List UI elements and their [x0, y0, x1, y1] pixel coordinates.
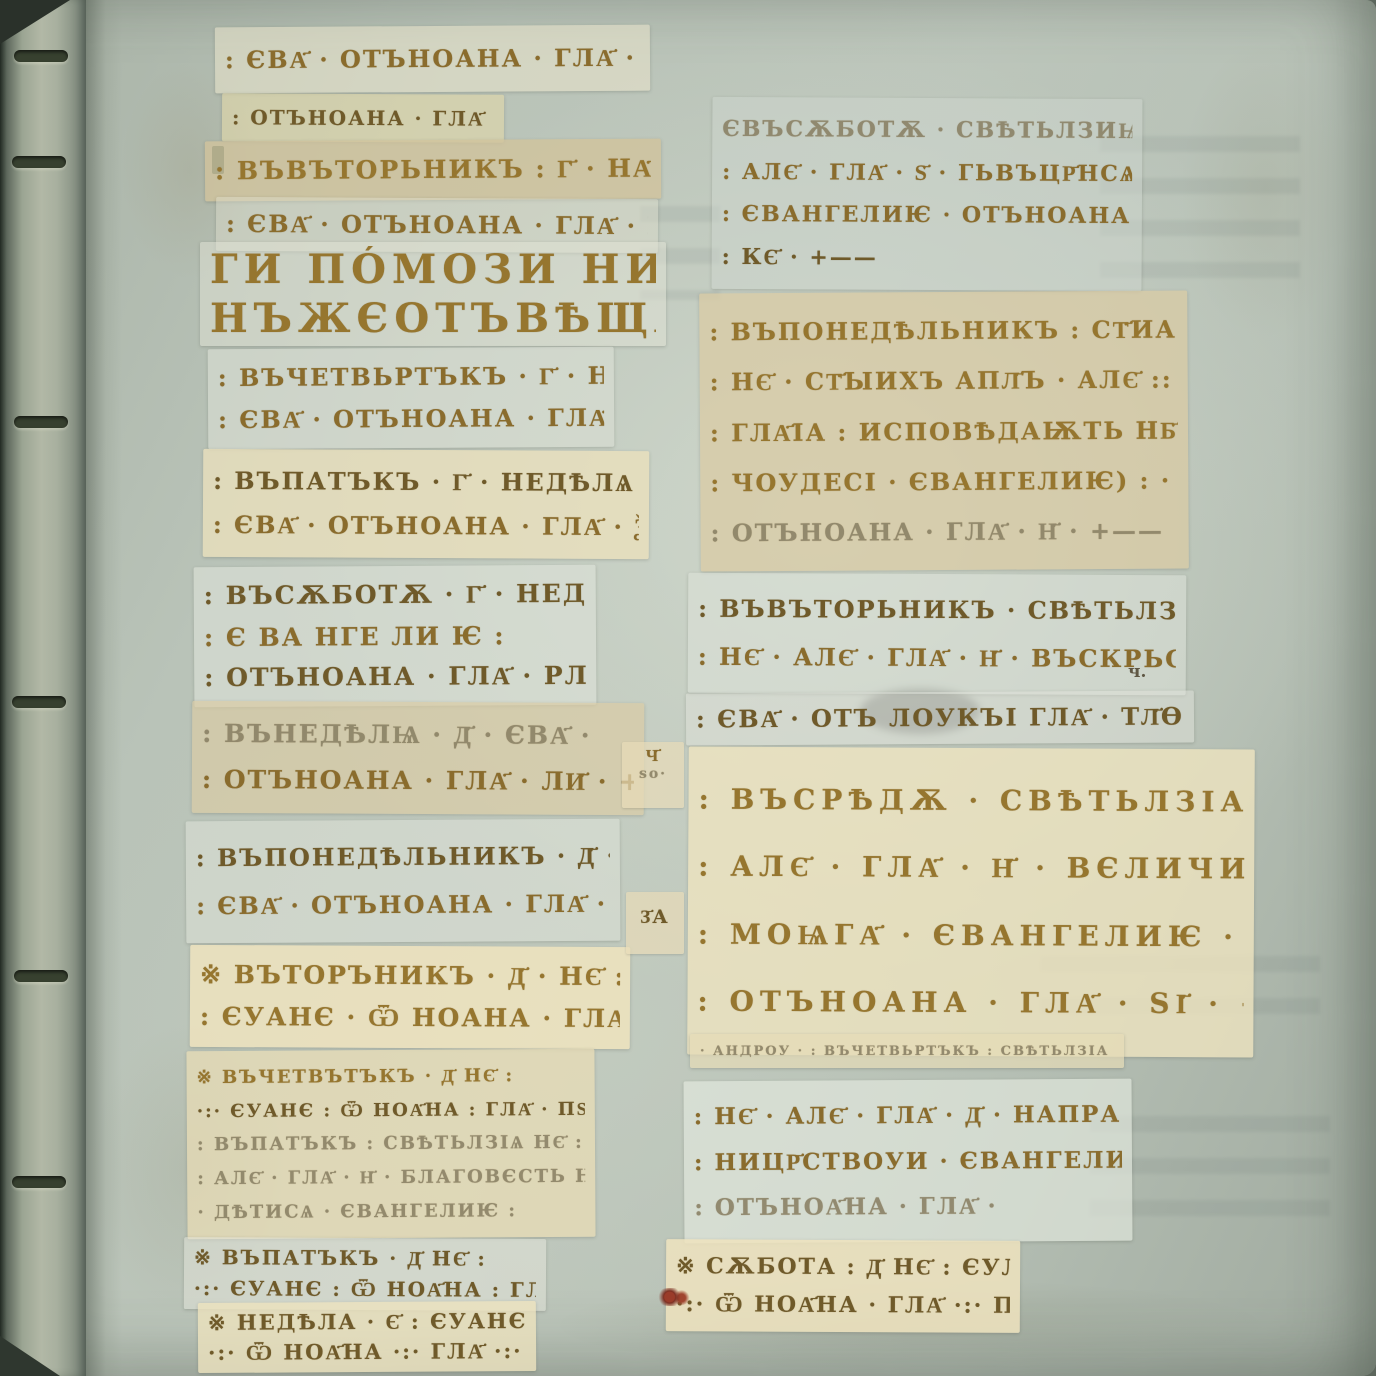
strip-line: ※ ВЪПАТЪКЪ · Д҃ НЄ҃ :	[194, 1245, 536, 1272]
chapter-fragment: З҃А	[626, 892, 684, 954]
strip-line: : НИЦР҃СТВОУИ · ЄВАНГЕЛИЄ :	[694, 1146, 1122, 1176]
strip-line: : НЄ҃ · АЛЄ҃ · ГЛА҃ · Д҃ · НАПРАЗНИ СПѢ	[694, 1100, 1122, 1130]
text-strip: : ВЪПОНЕДѢЛЬНИКЪ : СТ҃ИА · : НЄ҃ · СТ҃ЫИ…	[699, 291, 1189, 572]
text-strip: ※ ВЪЧЕТВЪТЪКЪ · Д҃ НЄ҃ : ·:· ЄУАНЄ : Ѿ Н…	[186, 1049, 595, 1239]
text-strip-large-inscription: ГИ ПО́МОЗИ НИН : О НЪЖЄОТЪВѢЩАЗЪ В҃	[200, 242, 666, 346]
strip-line: : ВЪСѪБОТѪ · Г҃ · НЕДѢЛѢ ·	[204, 579, 586, 611]
stitch-hole	[12, 696, 66, 708]
chapter-fragment: Ч҃ ѕо·	[622, 742, 684, 808]
strip-line: ※ ВЪТОРЪНИКЪ · Д҃ · НЄ҃ :	[200, 960, 620, 992]
strip-line: : ВЪЧЕТВЬРТЪКЪ · Г҃ · НЄ҃ ·	[218, 361, 604, 393]
strip-line: : ВЪНЕДѢЛѨ · Д҃ · ЄВА҃ ·	[202, 719, 634, 751]
manuscript-photo: : ЄВА҃ · ОТЪНОАНА · ГЛА҃ · НЄ҃ · +—— : О…	[0, 0, 1376, 1376]
strip-line: ·:· ЄУАНЄ : Ѿ НОА҃НА : ГЛА҃ · ПЅ҃ :	[197, 1098, 585, 1121]
text-strip: : ВЪСѪБОТѪ · Г҃ · НЕДѢЛѢ · : Є ВА НГЕ ЛИ…	[194, 565, 597, 707]
backing-corner	[0, 1336, 60, 1376]
text-strip: ※ ВЪПАТЪКЪ · Д҃ НЄ҃ : ·:· ЄУАНЄ : Ѿ НОА҃…	[184, 1237, 546, 1311]
stitch-hole	[14, 416, 68, 428]
strip-line: : ЄВА҃ · ОТЪ ЛОУКЪІ ГЛА҃ · ТЛ҃Ѳ · ———	[696, 702, 1184, 735]
text-strip: : ВЪВЪТОРЬНИКЪ : Г҃ · НА҃І	[205, 139, 661, 202]
strip-line: ※ НЕДѢЛА · Є҃ : ЄУАНЄ :~	[208, 1308, 526, 1336]
strip-line: : НЄ҃ · СТ҃ЫИХЪ АПЛ҃Ъ · АЛЄ҃ ::	[710, 365, 1178, 398]
text-strip: : ВЪСРѢДѪ · СВѢТЬЛЗІА · НЄ҃ · : АЛЄ҃ · Г…	[687, 747, 1255, 1058]
strip-line: : ОТЪНОАНА · ГЛА҃ · РЛИ · +——	[204, 661, 586, 693]
text-strip: : НЄ҃ · АЛЄ҃ · ГЛА҃ · Д҃ · НАПРАЗНИ СПѢ …	[684, 1079, 1133, 1244]
strip-line: : ЄВА҃ · ОТЪНОАНА · ГЛА҃ · НЄ҃ · +——	[225, 43, 640, 76]
strip-line: : ГЛА҃ІА : ИСПОВѢДАѬТЬ НБ҃СА	[710, 415, 1178, 448]
strip-line: ·:· Ѿ НОА҃НА · ГЛА҃ ·:· ПѲ҃ :·——	[676, 1291, 1010, 1319]
strip-line: : ОТЪНОАНА · ГЛА҃ · Н҃ · +——	[711, 515, 1179, 548]
strip-line: ГИ ПО́МОЗИ НИН : О	[210, 246, 656, 293]
strip-line: : ОТЪНОАНА · ГЛА҃ · К҃ · +——	[232, 105, 494, 131]
strip-line: ·:· Ѿ НОА҃НА ·:· ГЛА҃ ·:· АГ҃ ·:·	[208, 1338, 526, 1366]
folio-number-note: ч.	[1128, 662, 1146, 682]
red-ornament	[656, 1288, 690, 1306]
strip-line: : ЄВА҃ · ОТЪНОАНА · ГЛА҃ · НВ҃ · ——	[226, 209, 648, 241]
strip-line: : ВЪВЪТОРЬНИКЪ · СВѢТЬЛЗИѨ	[698, 594, 1176, 627]
text-strip: : ЄВА҃ · ОТЪ ЛОУКЪІ ГЛА҃ · ТЛ҃Ѳ · ———	[686, 690, 1194, 745]
strip-line: : ВЪПАТЪКЪ : СВѢТЬЛЗІѦ НЄ҃ :	[197, 1132, 585, 1155]
strip-line: : ОТЪНОАНА · ГЛА҃ · ЅІ҃ · +——	[697, 984, 1243, 1021]
strip-line: : ЧОУДЕСІ · ЄВАНГЕЛИѤ) : ·	[710, 466, 1178, 498]
strip-line: : МОѨГА҃ · ЄВАНГЕЛИѤ ·	[698, 917, 1244, 954]
text-strip: : ЄВА҃ · ОТЪНОАНА · ГЛА҃ · НЄ҃ · +——	[215, 25, 650, 94]
strip-line: : ВЪСРѢДѪ · СВѢТЬЛЗІА · НЄ҃ ·	[698, 783, 1244, 820]
strip-line: : ЄВА҃ · ОТЪНОАНА · ГЛА҃ · ѮГ҃ · +——	[213, 510, 639, 542]
fragment-line: З҃А	[626, 906, 684, 929]
strip-line: : АЛЄ҃ · ГЛА҃ · Н҃ · ВЄЛИЧИТЬ ДШ҃А	[698, 850, 1244, 887]
strip-line: : ЄВА҃ · ОТЪНОАНА · ГЛА҃ · ѮИ҃ · +——	[196, 889, 610, 922]
stitch-hole	[14, 50, 68, 62]
text-strip: : ВЪПАТЪКЪ · Г҃ · НЕДѢЛѦ · : ЄВА҃ · ОТЪН…	[203, 449, 650, 559]
text-strip: : ВЪНЕДѢЛѨ · Д҃ · ЄВА҃ · : ОТЪНОАНА · ГЛ…	[192, 701, 645, 815]
text-strip: ЄВЪСѪБОТѪ · СВѢТЬЛЗИѨ НЄ҃ · : АЛЄ҃ · ГЛА…	[712, 97, 1143, 291]
stitch-hole	[12, 156, 66, 168]
text-strip: ※ НЕДѢЛА · Є҃ : ЄУАНЄ :~ ·:· Ѿ НОА҃НА ·:…	[198, 1301, 536, 1373]
strip-line: : ЄВА҃ · ОТЪНОАНА · ГЛА҃ ·	[218, 402, 604, 434]
strip-line: : КЄ҃ · +——	[722, 243, 1132, 271]
strip-line: : Є ВА НГЕ ЛИ Ѥ :	[204, 620, 586, 651]
strip-line: ※ СѪБОТА : Д҃ НЄ҃ : ЄУЛНЄ̀	[676, 1253, 1010, 1281]
strip-line: : АЛЄ҃ · ГЛА҃ · Ѕ҃ · ГЬВЪЦР҃НСѦ ·	[722, 159, 1132, 187]
text-strip: : ОТЪНОАНА · ГЛА҃ · К҃ · +——	[222, 93, 504, 142]
fragment-line: ѕо·	[622, 766, 684, 782]
strip-line: : АЛЄ҃ · ГЛА҃ · Н҃ · БЛАГОВЄСТЬ НСПОВѢ	[197, 1166, 585, 1189]
fragment-line: Ч҃	[622, 746, 684, 766]
strip-line: · АНДРОУ · : ВЪЧЕТВЬРТЪКЪ : СВѢТЬЛЗІА ·	[700, 1044, 1114, 1059]
text-strip: ※ СѪБОТА : Д҃ НЄ҃ : ЄУЛНЄ̀ ·:· Ѿ НОА҃НА …	[666, 1239, 1020, 1333]
text-strip: : ВЪЧЕТВЬРТЪКЪ · Г҃ · НЄ҃ · : ЄВА҃ · ОТЪ…	[208, 347, 615, 449]
binding-spine	[0, 0, 86, 1376]
text-strip: : ВЪВЪТОРЬНИКЪ · СВѢТЬЛЗИѨ : НЄ҃ · АЛЄ҃ …	[688, 573, 1187, 696]
backing-corner	[0, 0, 70, 44]
strip-line: ·:· ЄУАНЄ : Ѿ НОА҃НА : ГЛА҃ : ПО ·:·	[194, 1276, 536, 1303]
page-gutter-shading	[86, 0, 122, 1376]
strip-line: : НЄ҃ · АЛЄ҃ · ГЛА҃ · Н҃ · ВЪСКРЬСНИ ГИ …	[698, 642, 1176, 675]
strip-line: ЄВЪСѪБОТѪ · СВѢТЬЛЗИѨ НЄ҃ ·	[722, 116, 1132, 144]
strip-line: : ВЪПОНЕДѢЛЬНИКЪ · Д҃ · НЄ҃ ·	[196, 840, 610, 873]
text-strip: ※ ВЪТОРЪНИКЪ · Д҃ · НЄ҃ : : ЄУАНЄ · Ѿ НО…	[190, 945, 631, 1049]
strip-line: : ВЪПАТЪКЪ · Г҃ · НЕДѢЛѦ ·	[213, 466, 639, 498]
strip-line: : ОТЪНОАНА · ГЛА҃ · ЛИ҃ · +——	[202, 765, 634, 797]
strip-line: : ВЪВЪТОРЬНИКЪ : Г҃ · НА҃І	[215, 154, 651, 187]
strip-line: : ЄУАНЄ · Ѿ НОАНА · ГЛА҃ · ОД҃ ·	[200, 1002, 620, 1034]
text-strip: · АНДРОУ · : ВЪЧЕТВЬРТЪКЪ : СВѢТЬЛЗІА ·	[690, 1034, 1124, 1068]
stitch-hole	[14, 970, 68, 982]
strip-line: · ДѢТИСѦ · ЄВАНГЕЛИѤ :	[197, 1200, 585, 1223]
text-strip: : ВЪПОНЕДѢЛЬНИКЪ · Д҃ · НЄ҃ · : ЄВА҃ · О…	[186, 819, 621, 944]
strip-line: : ОТЪНОА҃НА · ГЛА҃ ·	[694, 1192, 1122, 1222]
strip-line: ※ ВЪЧЕТВЪТЪКЪ · Д҃ НЄ҃ :	[197, 1065, 585, 1088]
strip-line: НЪЖЄОТЪВѢЩАЗЪ В҃	[210, 295, 656, 342]
strip-line: : ЄВАНГЕЛИѤ · ОТЪНОАНА · ГЛА҃ ·	[722, 201, 1132, 229]
strip-line: : ВЪПОНЕДѢЛЬНИКЪ : СТ҃ИА ·	[709, 314, 1177, 347]
stitch-hole	[12, 1176, 66, 1188]
